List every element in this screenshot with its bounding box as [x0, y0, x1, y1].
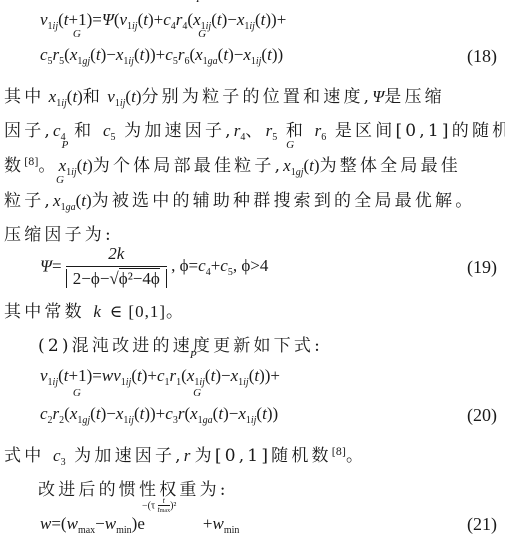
- paragraph-4-heading: (2)混沌改进的速度更新如下式:: [38, 331, 323, 356]
- equation-number-19: (19): [467, 257, 497, 278]
- citation-8[interactable]: [8]: [24, 157, 38, 168]
- equation-20-line-2: c2r2(xG1gj(t)−x1ij(t))+c3r(xG1ga(t)−x1ij…: [40, 404, 278, 426]
- paragraph-2: 压缩因子为:: [4, 220, 114, 245]
- equation-20-line-1: v1ij(t+1)=wv1ij(t)+c1r1(xP1ij(t)−x1ij(t)…: [40, 366, 280, 388]
- paragraph-1-line-2: 因子,c4 和 c5 为加速因子,r4、r5 和 r6 是区间[0,1]的随机: [4, 116, 505, 143]
- equation-18-line-2: c5r5(xG1gj(t)−x1ij(t))+c5r6(xG1ga(t)−x1i…: [40, 45, 283, 67]
- paragraph-1-line-1: 其中 x1ij(t)和 v1ij(t)分别为粒子的位置和速度,Ψ是压缩: [4, 82, 445, 109]
- paragraph-6: 改进后的惯性权重为:: [38, 475, 229, 500]
- equation-number-20: (20): [467, 405, 497, 426]
- paragraph-5: 式中 c3 为加速因子,r 为[0,1]随机数[8]。: [4, 441, 366, 468]
- paragraph-1-line-3: 数[8]。xP1ij(t)为个体局部最佳粒子,xG1gj(t)为整体全局最佳: [4, 151, 461, 178]
- equation-number-18: (18): [467, 46, 497, 67]
- equation-21: w=(wmax−wmin)e+wmin: [40, 514, 239, 536]
- equation-number-21: (21): [467, 514, 497, 535]
- paragraph-1-line-4: 粒子,xG1ga(t)为被选中的辅助种群搜索到的全局最优解。: [4, 186, 475, 213]
- equation-19: Ψ= 2k 2−ϕ−√ϕ²−4ϕ , ϕ=c4+c5, ϕ>4: [40, 244, 268, 289]
- paragraph-3: 其中常数 k ∈ [0,1]。: [4, 297, 184, 322]
- equation-21-exponent: −(τ ttmax)²: [142, 497, 176, 515]
- citation-8[interactable]: [8]: [332, 447, 346, 458]
